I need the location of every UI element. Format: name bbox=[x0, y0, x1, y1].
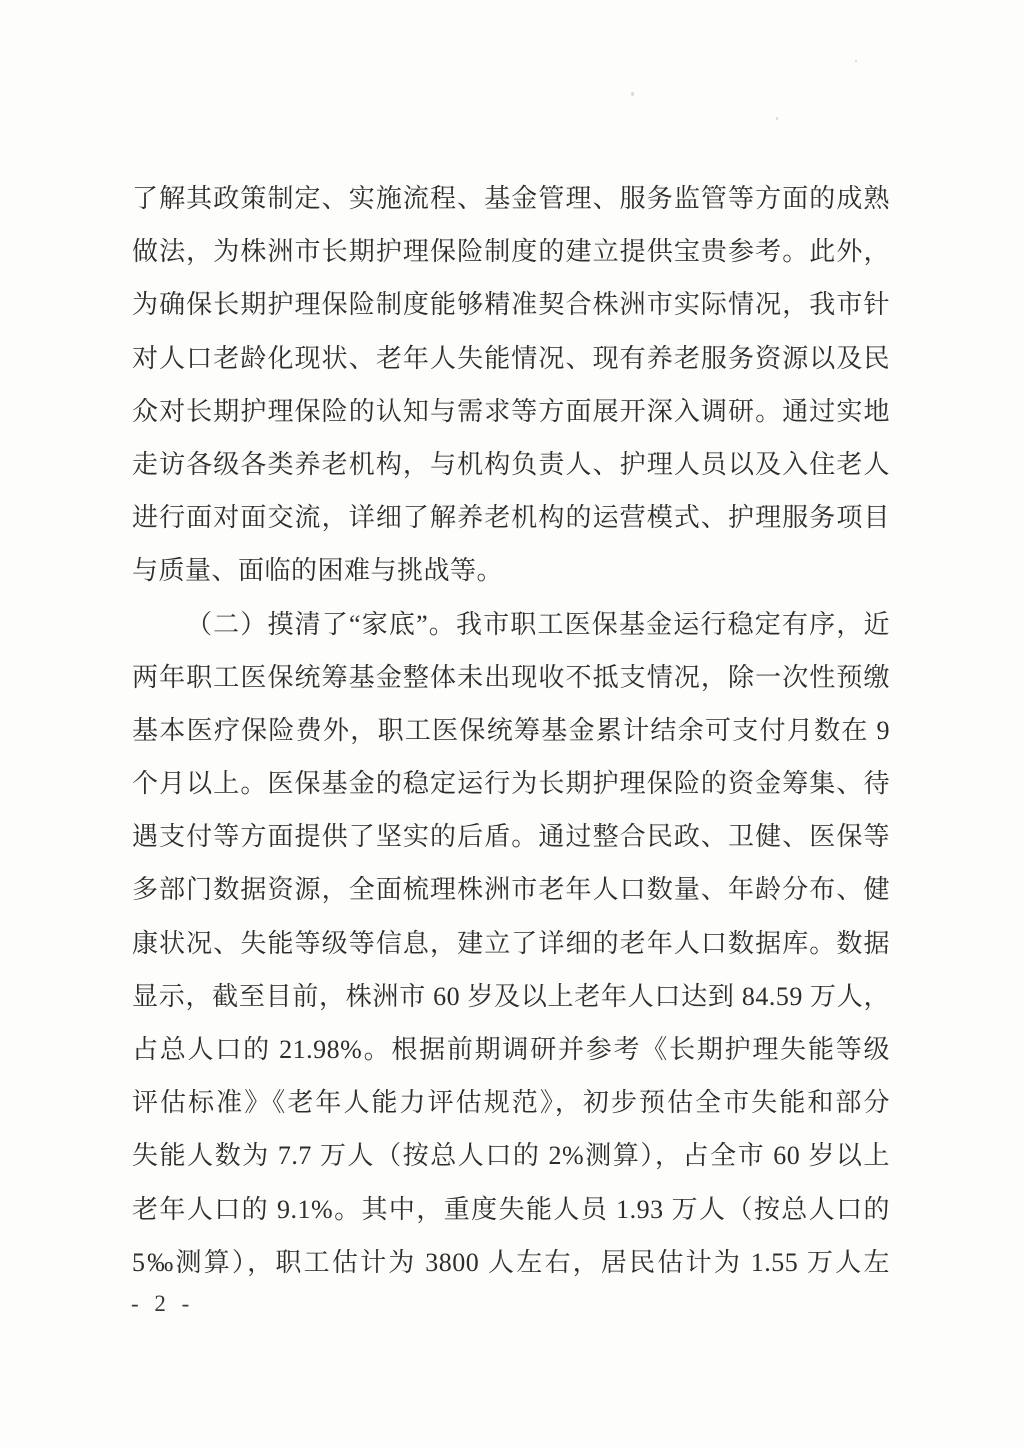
text-line: 显示，截至目前，株洲市 60 岁及以上老年人口达到 84.59 万人， bbox=[132, 970, 890, 1023]
text-line: 与质量、面临的困难与挑战等。 bbox=[132, 544, 890, 597]
text-line: 老年人口的 9.1%。其中，重度失能人员 1.93 万人（按总人口的 bbox=[132, 1183, 890, 1236]
text-line: 众对长期护理保险的认知与需求等方面展开深入调研。通过实地 bbox=[132, 385, 890, 438]
text-line: 多部门数据资源，全面梳理株洲市老年人口数量、年龄分布、健 bbox=[132, 863, 890, 916]
page-body: 了解其政策制定、实施流程、基金管理、服务监管等方面的成熟做法，为株洲市长期护理保… bbox=[132, 172, 890, 1289]
text-line: 了解其政策制定、实施流程、基金管理、服务监管等方面的成熟 bbox=[132, 172, 890, 225]
scan-speck bbox=[631, 92, 634, 96]
text-line: 遇支付等方面提供了坚实的后盾。通过整合民政、卫健、医保等 bbox=[132, 810, 890, 863]
text-line: 5‰测算），职工估计为 3800 人左右，居民估计为 1.55 万人左 bbox=[132, 1236, 890, 1289]
text-line: 为确保长期护理保险制度能够精准契合株洲市实际情况，我市针 bbox=[132, 278, 890, 331]
text-line: 个月以上。医保基金的稳定运行为长期护理保险的资金筹集、待 bbox=[132, 757, 890, 810]
text-line: 进行面对面交流，详细了解养老机构的运营模式、护理服务项目 bbox=[132, 491, 890, 544]
paragraph: 了解其政策制定、实施流程、基金管理、服务监管等方面的成熟做法，为株洲市长期护理保… bbox=[132, 172, 890, 598]
text-line: 对人口老龄化现状、老年人失能情况、现有养老服务资源以及民 bbox=[132, 332, 890, 385]
text-line: （二）摸清了“家底”。我市职工医保基金运行稳定有序，近 bbox=[132, 598, 890, 651]
scan-speck bbox=[855, 60, 857, 62]
paragraph: （二）摸清了“家底”。我市职工医保基金运行稳定有序，近两年职工医保统筹基金整体未… bbox=[132, 598, 890, 1289]
text-line: 做法，为株洲市长期护理保险制度的建立提供宝贵参考。此外， bbox=[132, 225, 890, 278]
text-line: 两年职工医保统筹基金整体未出现收不抵支情况，除一次性预缴 bbox=[132, 651, 890, 704]
scan-speck bbox=[776, 117, 778, 120]
page-number: - 2 - bbox=[131, 1291, 194, 1317]
text-line: 评估标准》《老年人能力评估规范》，初步预估全市失能和部分 bbox=[132, 1076, 890, 1129]
text-line: 失能人数为 7.7 万人（按总人口的 2%测算），占全市 60 岁以上 bbox=[132, 1129, 890, 1182]
text-line: 占总人口的 21.98%。根据前期调研并参考《长期护理失能等级 bbox=[132, 1023, 890, 1076]
text-line: 走访各级各类养老机构，与机构负责人、护理人员以及入住老人 bbox=[132, 438, 890, 491]
text-line: 基本医疗保险费外，职工医保统筹基金累计结余可支付月数在 9 bbox=[132, 704, 890, 757]
text-line: 康状况、失能等级等信息，建立了详细的老年人口数据库。数据 bbox=[132, 917, 890, 970]
document-page: 了解其政策制定、实施流程、基金管理、服务监管等方面的成熟做法，为株洲市长期护理保… bbox=[0, 0, 1024, 1447]
